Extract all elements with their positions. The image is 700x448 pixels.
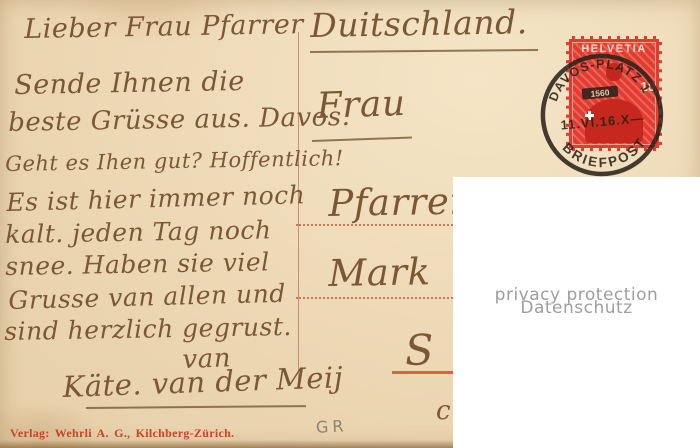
message-line: beste Grüsse aus. Davos. (8, 102, 351, 138)
signature: Käte. van der Meij (62, 360, 344, 404)
message-line: Geht es Ihen gut? Hoffentlich! (5, 146, 344, 176)
privacy-label-de: Datenschutz (453, 302, 700, 315)
message-line: Es ist hier immer noch (6, 180, 306, 217)
address-red-underline (392, 371, 453, 374)
message-line: kalt. jeden Tag noch (5, 215, 272, 249)
privacy-protection-overlay: privacy protection Datenschutz (453, 177, 700, 448)
postcard-bottom-edge-shadow (0, 440, 455, 448)
recipient-title-underline (312, 137, 412, 142)
postmark-date: 11.VI.16.X— (560, 110, 645, 132)
message-line: sind herzlich gegrust. (4, 312, 292, 346)
address-fragment-letter2: c (436, 396, 451, 426)
address-dotted-line (296, 297, 453, 299)
address-recipient-title: Frau (316, 83, 406, 127)
postcard-divider-line (298, 32, 299, 388)
greeting-line: Lieber Frau Pfarrer (24, 9, 304, 45)
postmark-stamp-cancel: DAVOS-PLATZ 1 1560 11.VI.16.X— BRIEFPOST (530, 44, 673, 187)
message-line: snee. Haben sie viel (5, 247, 270, 281)
address-recipient-role: Pfarrer (328, 180, 468, 225)
message-line: Grusse van allen und (8, 279, 286, 315)
address-dotted-line (296, 224, 453, 226)
country-underline (310, 49, 538, 52)
address-city-fragment: Mark (328, 250, 431, 295)
pencil-note: GR (316, 416, 348, 437)
address-fragment-letter: S (404, 325, 435, 375)
message-line: Sende Ihnen die (14, 66, 245, 101)
address-country: Duitschland. (310, 2, 528, 45)
postmark-altitude: 1560 (590, 87, 610, 99)
publisher-imprint: Verlag: Wehrli A. G., Kilchberg-Zürich. (10, 426, 234, 441)
postcard-photo: Lieber Frau Pfarrer Sende Ihnen die best… (0, 0, 700, 448)
signature-underline (86, 405, 306, 408)
